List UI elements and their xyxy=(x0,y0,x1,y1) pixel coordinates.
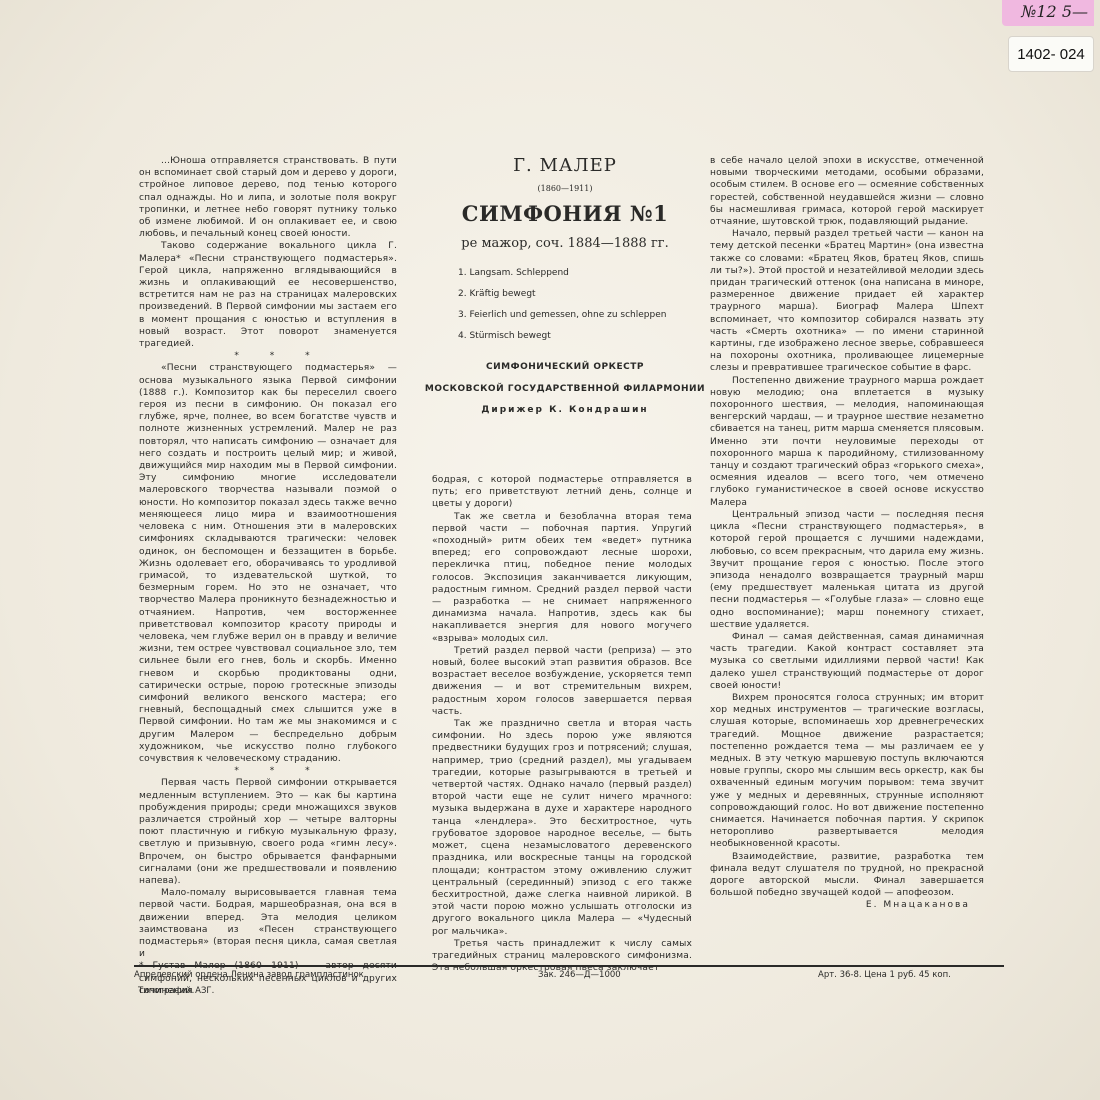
composer-years: (1860—1911) xyxy=(420,184,710,193)
orchestra-line: СИМФОНИЧЕСКИЙ ОРКЕСТР xyxy=(420,361,710,373)
paragraph: «Песни странствующего подмастерья» — осн… xyxy=(139,362,397,765)
section-divider: * * * xyxy=(139,350,397,362)
paragraph: Мало-помалу вырисовывается главная тема … xyxy=(139,887,397,960)
work-title: СИМФОНИЯ №1 xyxy=(420,201,710,226)
order-number: Зак. 246—Д—1000 xyxy=(538,970,621,980)
paragraph: Постепенно движение траурного марша рожд… xyxy=(710,375,984,509)
paragraph: в себе начало целой эпохи в искусстве, о… xyxy=(710,155,984,228)
movement-item: 1. Langsam. Schleppend xyxy=(458,263,710,284)
paragraph: Третья часть принадлежит к числу самых т… xyxy=(432,938,692,975)
paragraph: Таково содержание вокального цикла Г. Ма… xyxy=(139,240,397,350)
paragraph: Финал — самая действенная, самая динамич… xyxy=(710,631,984,692)
paragraph: Первая часть Первой симфонии открывается… xyxy=(139,777,397,887)
composer-name: Г. МАЛЕР xyxy=(420,155,710,176)
paragraph: бодрая, с которой подмастерье отправляет… xyxy=(432,474,692,511)
handwritten-note: №12 5— xyxy=(1021,2,1088,21)
paragraph: Взаимодействие, развитие, разработка тем… xyxy=(710,851,984,900)
price-line: Арт. 36-8. Цена 1 руб. 45 коп. xyxy=(818,970,951,980)
record-sleeve-back: №12 5— 1402- 024 ...Юноша отправляется с… xyxy=(0,0,1100,1100)
paragraph: Центральный эпизод части — последняя пес… xyxy=(710,509,984,631)
orchestra-credit: СИМФОНИЧЕСКИЙ ОРКЕСТР МОСКОВСКОЙ ГОСУДАР… xyxy=(420,361,710,395)
movement-list: 1. Langsam. Schleppend 2. Kräftig bewegt… xyxy=(458,263,710,347)
paragraph: Так же светла и безоблачна вторая тема п… xyxy=(432,511,692,645)
author-signature: Е. Мнацаканова xyxy=(710,899,984,911)
middle-column: бодрая, с которой подмастерье отправляет… xyxy=(432,474,692,974)
movement-item: 4. Stürmisch bewegt xyxy=(458,326,710,347)
catalog-label: 1402- 024 xyxy=(1008,36,1094,72)
paragraph: Третий раздел первой части (реприза) — э… xyxy=(432,645,692,718)
title-block: Г. МАЛЕР (1860—1911) СИМФОНИЯ №1 ре мажо… xyxy=(420,150,710,415)
footer-rule xyxy=(134,965,1004,967)
left-column: ...Юноша отправляется странствовать. В п… xyxy=(139,155,397,997)
section-divider: * * * xyxy=(139,765,397,777)
right-column: в себе начало целой эпохи в искусстве, о… xyxy=(710,155,984,912)
paragraph: Вихрем проносятся голоса струнных; им вт… xyxy=(710,692,984,851)
paragraph: ...Юноша отправляется странствовать. В п… xyxy=(139,155,397,240)
orchestra-line: МОСКОВСКОЙ ГОСУДАРСТВЕННОЙ ФИЛАРМОНИИ xyxy=(420,383,710,395)
printer-line: Типография АЗГ. xyxy=(138,986,214,996)
movement-item: 2. Kräftig bewegt xyxy=(458,284,710,305)
movement-item: 3. Feierlich und gemessen, ohne zu schle… xyxy=(458,305,710,326)
key-and-dates: ре мажор, соч. 1884—1888 гг. xyxy=(420,236,710,251)
conductor-credit: Дирижер К. Кондрашин xyxy=(420,405,710,415)
paragraph: Так же празднично светла и вторая часть … xyxy=(432,718,692,938)
manufacturer-line: Апрелевский ордена Ленина завод грамплас… xyxy=(134,970,367,980)
paragraph: Начало, первый раздел третьей части — ка… xyxy=(710,228,984,374)
